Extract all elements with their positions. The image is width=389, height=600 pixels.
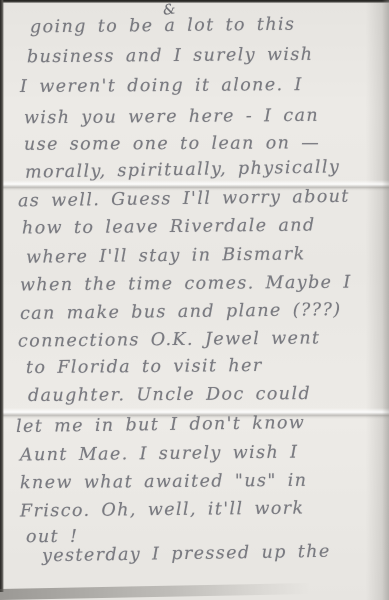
photo-edge-right [382,0,389,600]
handwriting-line: when the time comes. Maybe I [20,273,352,296]
handwriting-line: yesterday I pressed up the [42,542,331,567]
photo-edge-left [0,0,4,592]
handwriting-line: out ! [26,527,79,547]
handwriting-line: daughter. Uncle Doc could [28,384,311,406]
handwriting-line: I weren't doing it alone. I [20,75,303,97]
fold-crease-lower [0,408,389,419]
paper-edge-shadow [0,583,310,600]
handwriting-line: connections O.K. Jewel went [18,328,321,351]
handwriting-line: can make bus and plane (???) [20,300,342,324]
handwriting-line: use some one to lean on — [24,133,320,155]
handwriting-line: business and I surely wish [27,45,314,67]
photo-edge-top [0,0,389,3]
handwriting-line: where I'll stay in Bismark [26,244,306,267]
handwriting-line: wish you were here - I can [24,106,319,129]
handwriting-line: how to leave Riverdale and [22,215,316,238]
letter-photo: & going to be a lot to this business and… [0,0,389,600]
handwriting-line: morally, spiritually, physically [25,157,341,182]
handwriting-line: to Florida to visit her [26,356,263,378]
fold-crease-upper [0,180,389,191]
handwriting-line: Aunt Mae. I surely wish I [20,443,299,466]
handwriting-line: knew what awaited "us" in [20,471,308,494]
handwriting-line: Frisco. Oh, well, it'll work [20,499,305,522]
handwriting-line: going to be a lot to this [30,15,296,38]
